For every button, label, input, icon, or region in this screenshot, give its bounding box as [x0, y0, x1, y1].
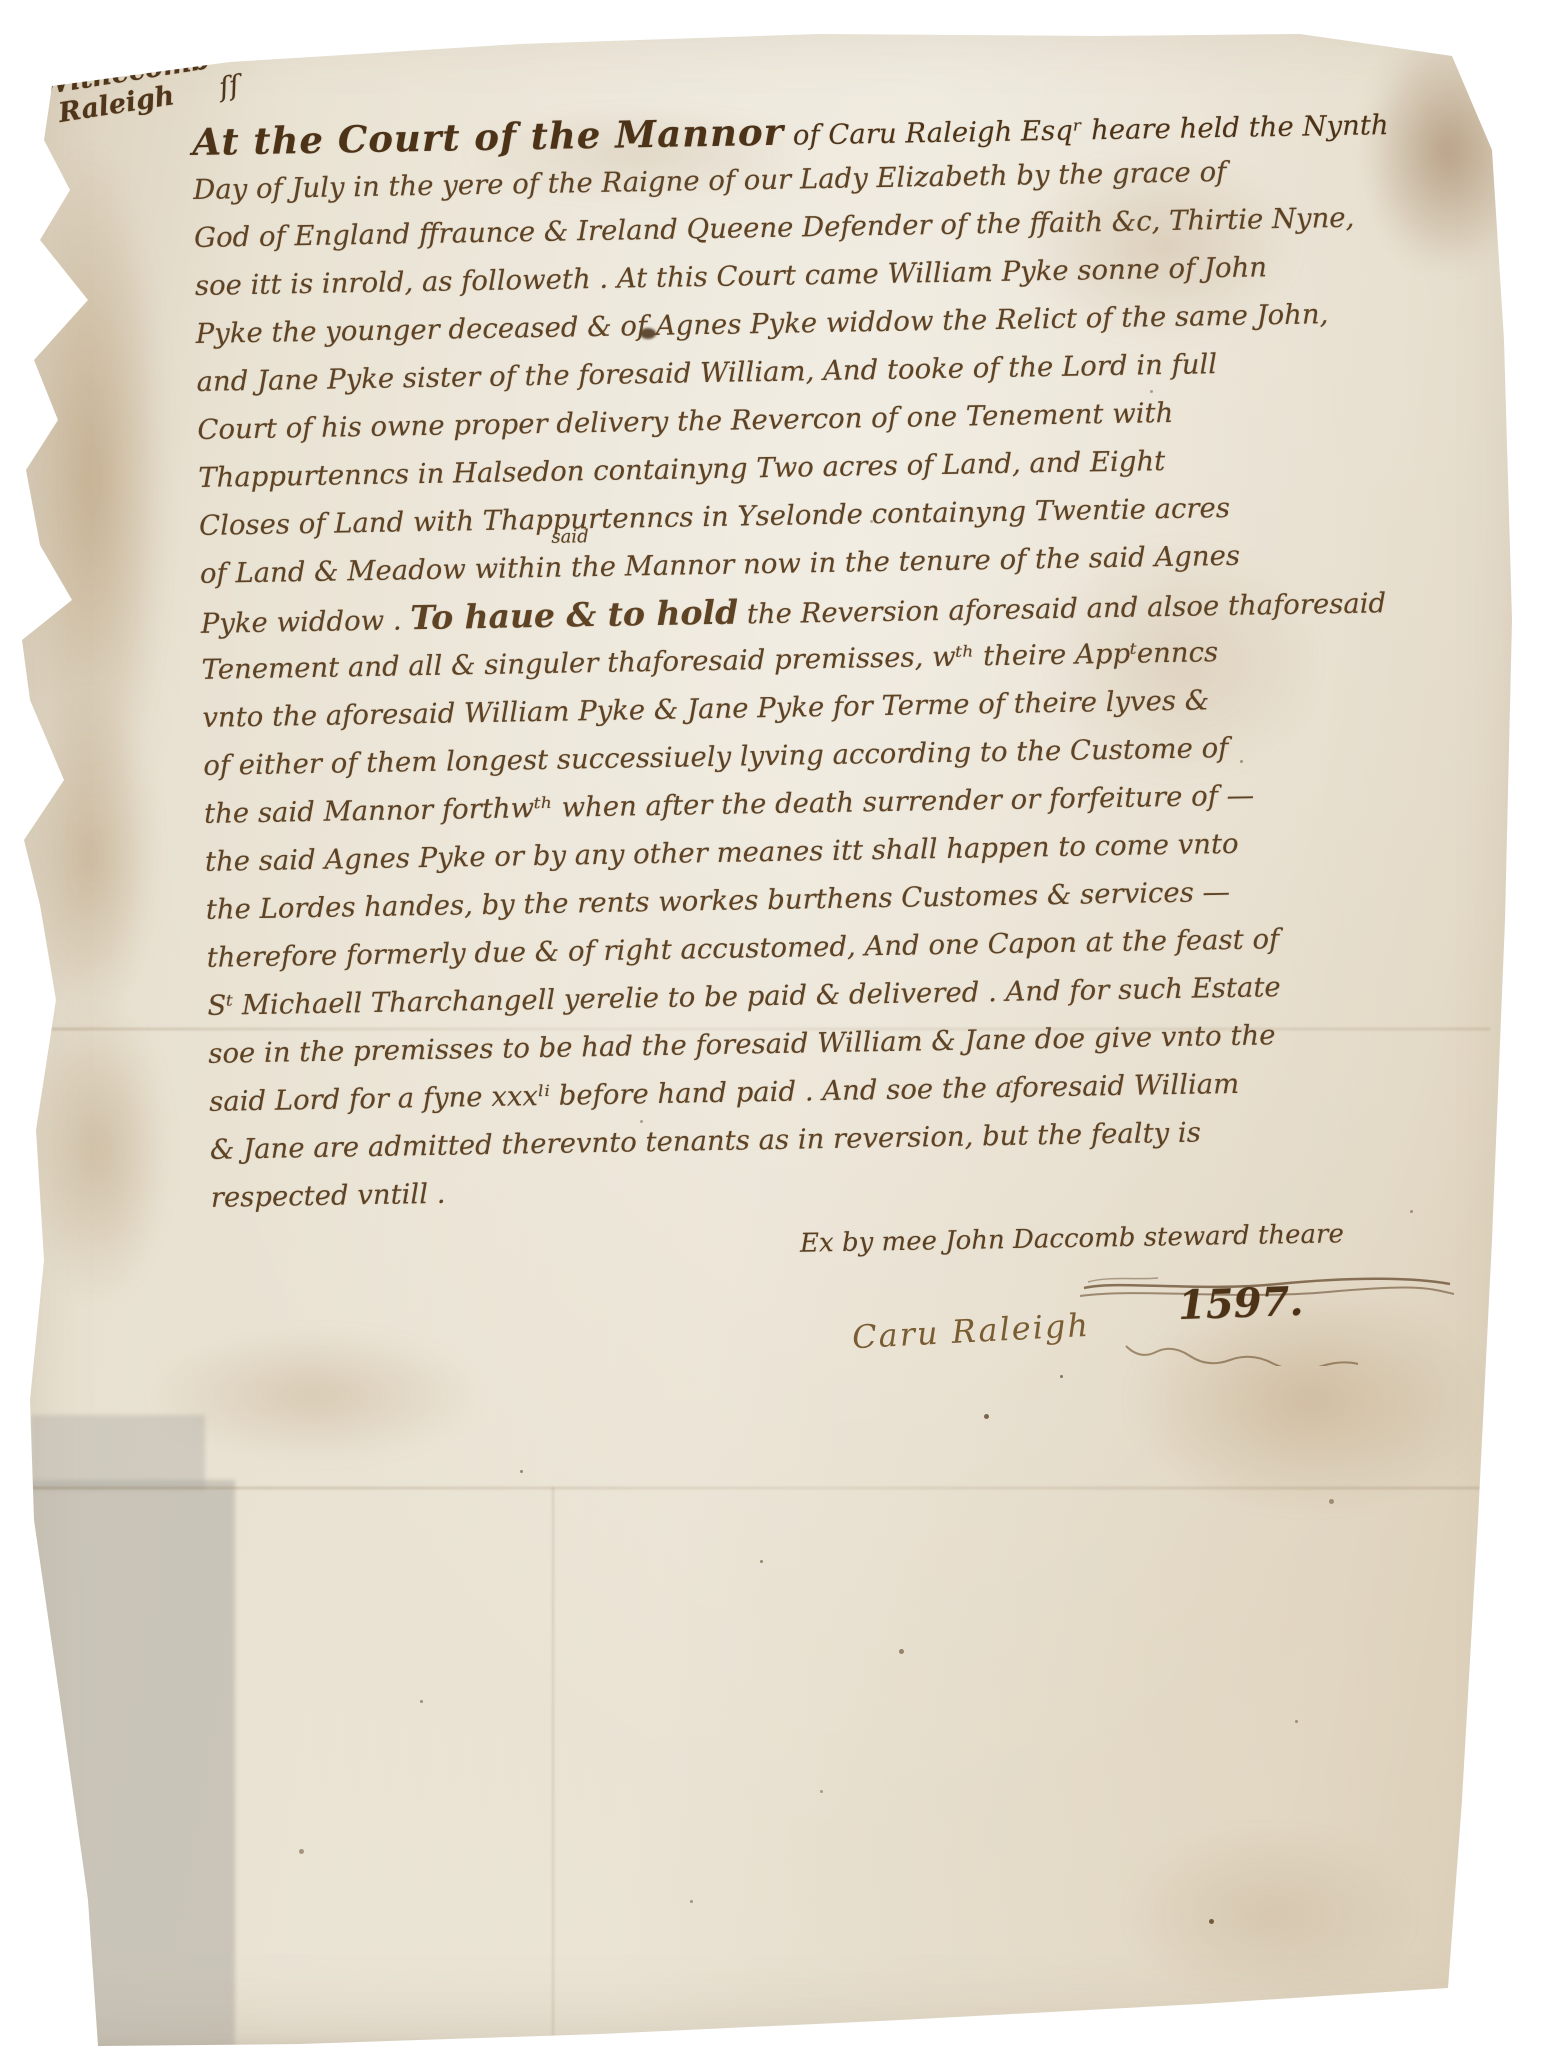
- top-right-corner-stain: [1368, 36, 1528, 266]
- vertical-crease: [552, 1487, 554, 2042]
- year-notation: 1597.: [1177, 1278, 1304, 1329]
- manuscript-page: Withecomb Raleighſſ At the Court of the …: [0, 0, 1550, 2048]
- interlinear-insertion: said: [551, 528, 589, 547]
- lord-signature: Caru Raleigh: [851, 1306, 1091, 1356]
- court-record-text: At the Court of the Mannor of Caru Ralei…: [192, 101, 1176, 1222]
- paraph-mark: ſſ: [217, 70, 242, 104]
- backing-paper-patch-upper: [30, 1415, 205, 1490]
- photo-background: Withecomb Raleighſſ At the Court of the …: [0, 0, 1550, 2048]
- left-mid-stain: [26, 690, 156, 1020]
- left-lower-stain: [28, 1000, 168, 1300]
- backing-paper-patch: [30, 1480, 235, 2048]
- habendum-large-words: To haue & to hold: [410, 593, 738, 638]
- steward-attestation: Ex by mee John Daccomb steward theare: [800, 1219, 1344, 1258]
- heading-large-words: At the Court of the Mannor: [192, 110, 784, 164]
- left-edge-stain: [18, 140, 168, 820]
- horizontal-fold-line-lower: [30, 1487, 1480, 1489]
- foxing-specks: [0, 0, 3, 3]
- bottom-right-stain: [1130, 1830, 1410, 2000]
- year-flourish: [1120, 1336, 1360, 1366]
